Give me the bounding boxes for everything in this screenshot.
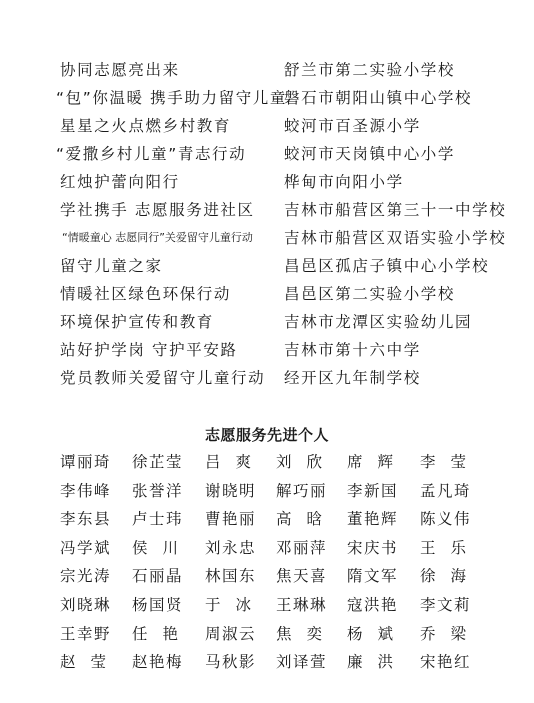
project-row: “包”你温暖 携手助力留守儿童 磐石市朝阳山镇中心学校 (0, 86, 534, 110)
person-name: 宋艳红 (420, 650, 471, 674)
project-name: 红烛护蕾向阳行 (60, 170, 180, 194)
project-unit: 昌邑区第二实验小学校 (284, 282, 455, 306)
project-unit: 吉林市船营区第三十一中学校 (284, 198, 506, 222)
project-unit: 桦甸市向阳小学 (284, 170, 404, 194)
person-name: 隋文军 (347, 564, 398, 588)
name-row: 刘晓琳杨国贤于冰王琳琳寇洪艳李文莉 (0, 593, 534, 617)
person-name: 邓丽萍 (276, 536, 327, 560)
name-row: 赵莹赵艳梅马秋影刘译萱廉洪宋艳红 (0, 650, 534, 674)
name-row: 谭丽琦徐芷莹吕爽刘欣席辉李莹 (0, 450, 534, 474)
person-name: 冯学斌 (60, 536, 111, 560)
project-row: 情暖社区绿色环保行动 昌邑区第二实验小学校 (0, 282, 534, 306)
project-unit: 舒兰市第二实验小学校 (284, 58, 455, 82)
person-name: 焦天喜 (276, 564, 327, 588)
person-name: 孟凡琦 (420, 479, 471, 503)
project-unit: 经开区九年制学校 (284, 366, 421, 390)
person-name: 李文莉 (420, 593, 471, 617)
person-name: 刘永忠 (205, 536, 256, 560)
project-name: “包”你温暖 携手助力留守儿童 (56, 86, 287, 110)
name-row: 李伟峰张誉洋谢晓明解巧丽李新国孟凡琦 (0, 479, 534, 503)
person-name: 席辉 (347, 450, 408, 474)
project-unit: 昌邑区孤店子镇中心小学校 (284, 254, 489, 278)
project-row: 党员教师关爱留守儿童行动 经开区九年制学校 (0, 366, 534, 390)
person-name: 李莹 (420, 450, 481, 474)
person-name: 高晗 (276, 507, 337, 531)
person-name: 宋庆书 (347, 536, 398, 560)
person-name: 于冰 (205, 593, 266, 617)
person-name: 刘欣 (276, 450, 337, 474)
project-unit: 蛟河市百圣源小学 (284, 114, 421, 138)
name-row: 宗光涛石丽晶林国东焦天喜隋文军徐海 (0, 564, 534, 588)
person-name: 曹艳丽 (205, 507, 256, 531)
project-row: 协同志愿亮出来 舒兰市第二实验小学校 (0, 58, 534, 82)
project-name: 情暖社区绿色环保行动 (60, 282, 231, 306)
person-name: 杨国贤 (132, 593, 183, 617)
person-name: 林国东 (205, 564, 256, 588)
person-name: 张誉洋 (132, 479, 183, 503)
person-name: 宗光涛 (60, 564, 111, 588)
person-name: 赵艳梅 (132, 650, 183, 674)
name-row: 冯学斌侯川刘永忠邓丽萍宋庆书王乐 (0, 536, 534, 560)
person-name: 卢士玮 (132, 507, 183, 531)
person-name: 乔梁 (420, 622, 481, 646)
person-name: 侯川 (132, 536, 193, 560)
person-name: 吕爽 (205, 450, 266, 474)
person-name: 赵莹 (60, 650, 121, 674)
project-name: 学社携手 志愿服务进社区 (60, 198, 255, 222)
person-name: 刘译萱 (276, 650, 327, 674)
person-name: 徐海 (420, 564, 481, 588)
project-name: “情暖童心 志愿同行”关爱留守儿童行动 (62, 226, 253, 250)
project-name: 留守儿童之家 (60, 254, 163, 278)
person-name: 王幸野 (60, 622, 111, 646)
person-name: 解巧丽 (276, 479, 327, 503)
project-unit: 吉林市船营区双语实验小学校 (284, 226, 506, 250)
section-title: 志愿服务先进个人 (0, 423, 534, 447)
project-row: 星星之火点燃乡村教育 蛟河市百圣源小学 (0, 114, 534, 138)
project-row: “爱撒乡村儿童”青志行动 蛟河市天岗镇中心小学 (0, 142, 534, 166)
person-name: 焦奕 (276, 622, 337, 646)
person-name: 任艳 (132, 622, 193, 646)
project-unit: 吉林市龙潭区实验幼儿园 (284, 310, 472, 334)
project-row: 站好护学岗 守护平安路 吉林市第十六中学 (0, 338, 534, 362)
project-name: 星星之火点燃乡村教育 (60, 114, 231, 138)
project-row: 学社携手 志愿服务进社区 吉林市船营区第三十一中学校 (0, 198, 534, 222)
project-name: 协同志愿亮出来 (60, 58, 180, 82)
person-name: 杨斌 (347, 622, 408, 646)
person-name: 刘晓琳 (60, 593, 111, 617)
person-name: 周淑云 (205, 622, 256, 646)
person-name: 王琳琳 (276, 593, 327, 617)
project-name: 环境保护宣传和教育 (60, 310, 214, 334)
project-row: 环境保护宣传和教育 吉林市龙潭区实验幼儿园 (0, 310, 534, 334)
project-name: “爱撒乡村儿童”青志行动 (56, 142, 246, 166)
person-name: 李东县 (60, 507, 111, 531)
project-name: 站好护学岗 守护平安路 (60, 338, 238, 362)
project-row: 红烛护蕾向阳行 桦甸市向阳小学 (0, 170, 534, 194)
project-unit: 吉林市第十六中学 (284, 338, 421, 362)
project-unit: 磐石市朝阳山镇中心学校 (284, 86, 472, 110)
project-name: 党员教师关爱留守儿童行动 (60, 366, 265, 390)
person-name: 谭丽琦 (60, 450, 111, 474)
person-name: 王乐 (420, 536, 481, 560)
person-name: 石丽晶 (132, 564, 183, 588)
person-name: 陈义伟 (420, 507, 471, 531)
person-name: 李新国 (347, 479, 398, 503)
person-name: 马秋影 (205, 650, 256, 674)
project-unit: 蛟河市天岗镇中心小学 (284, 142, 455, 166)
person-name: 廉洪 (347, 650, 408, 674)
person-name: 寇洪艳 (347, 593, 398, 617)
name-row: 李东县卢士玮曹艳丽高晗董艳辉陈义伟 (0, 507, 534, 531)
person-name: 谢晓明 (205, 479, 256, 503)
person-name: 徐芷莹 (132, 450, 183, 474)
project-row: 留守儿童之家 昌邑区孤店子镇中心小学校 (0, 254, 534, 278)
name-row: 王幸野任艳周淑云焦奕杨斌乔梁 (0, 622, 534, 646)
project-row: “情暖童心 志愿同行”关爱留守儿童行动 吉林市船营区双语实验小学校 (0, 226, 534, 250)
person-name: 李伟峰 (60, 479, 111, 503)
person-name: 董艳辉 (347, 507, 398, 531)
